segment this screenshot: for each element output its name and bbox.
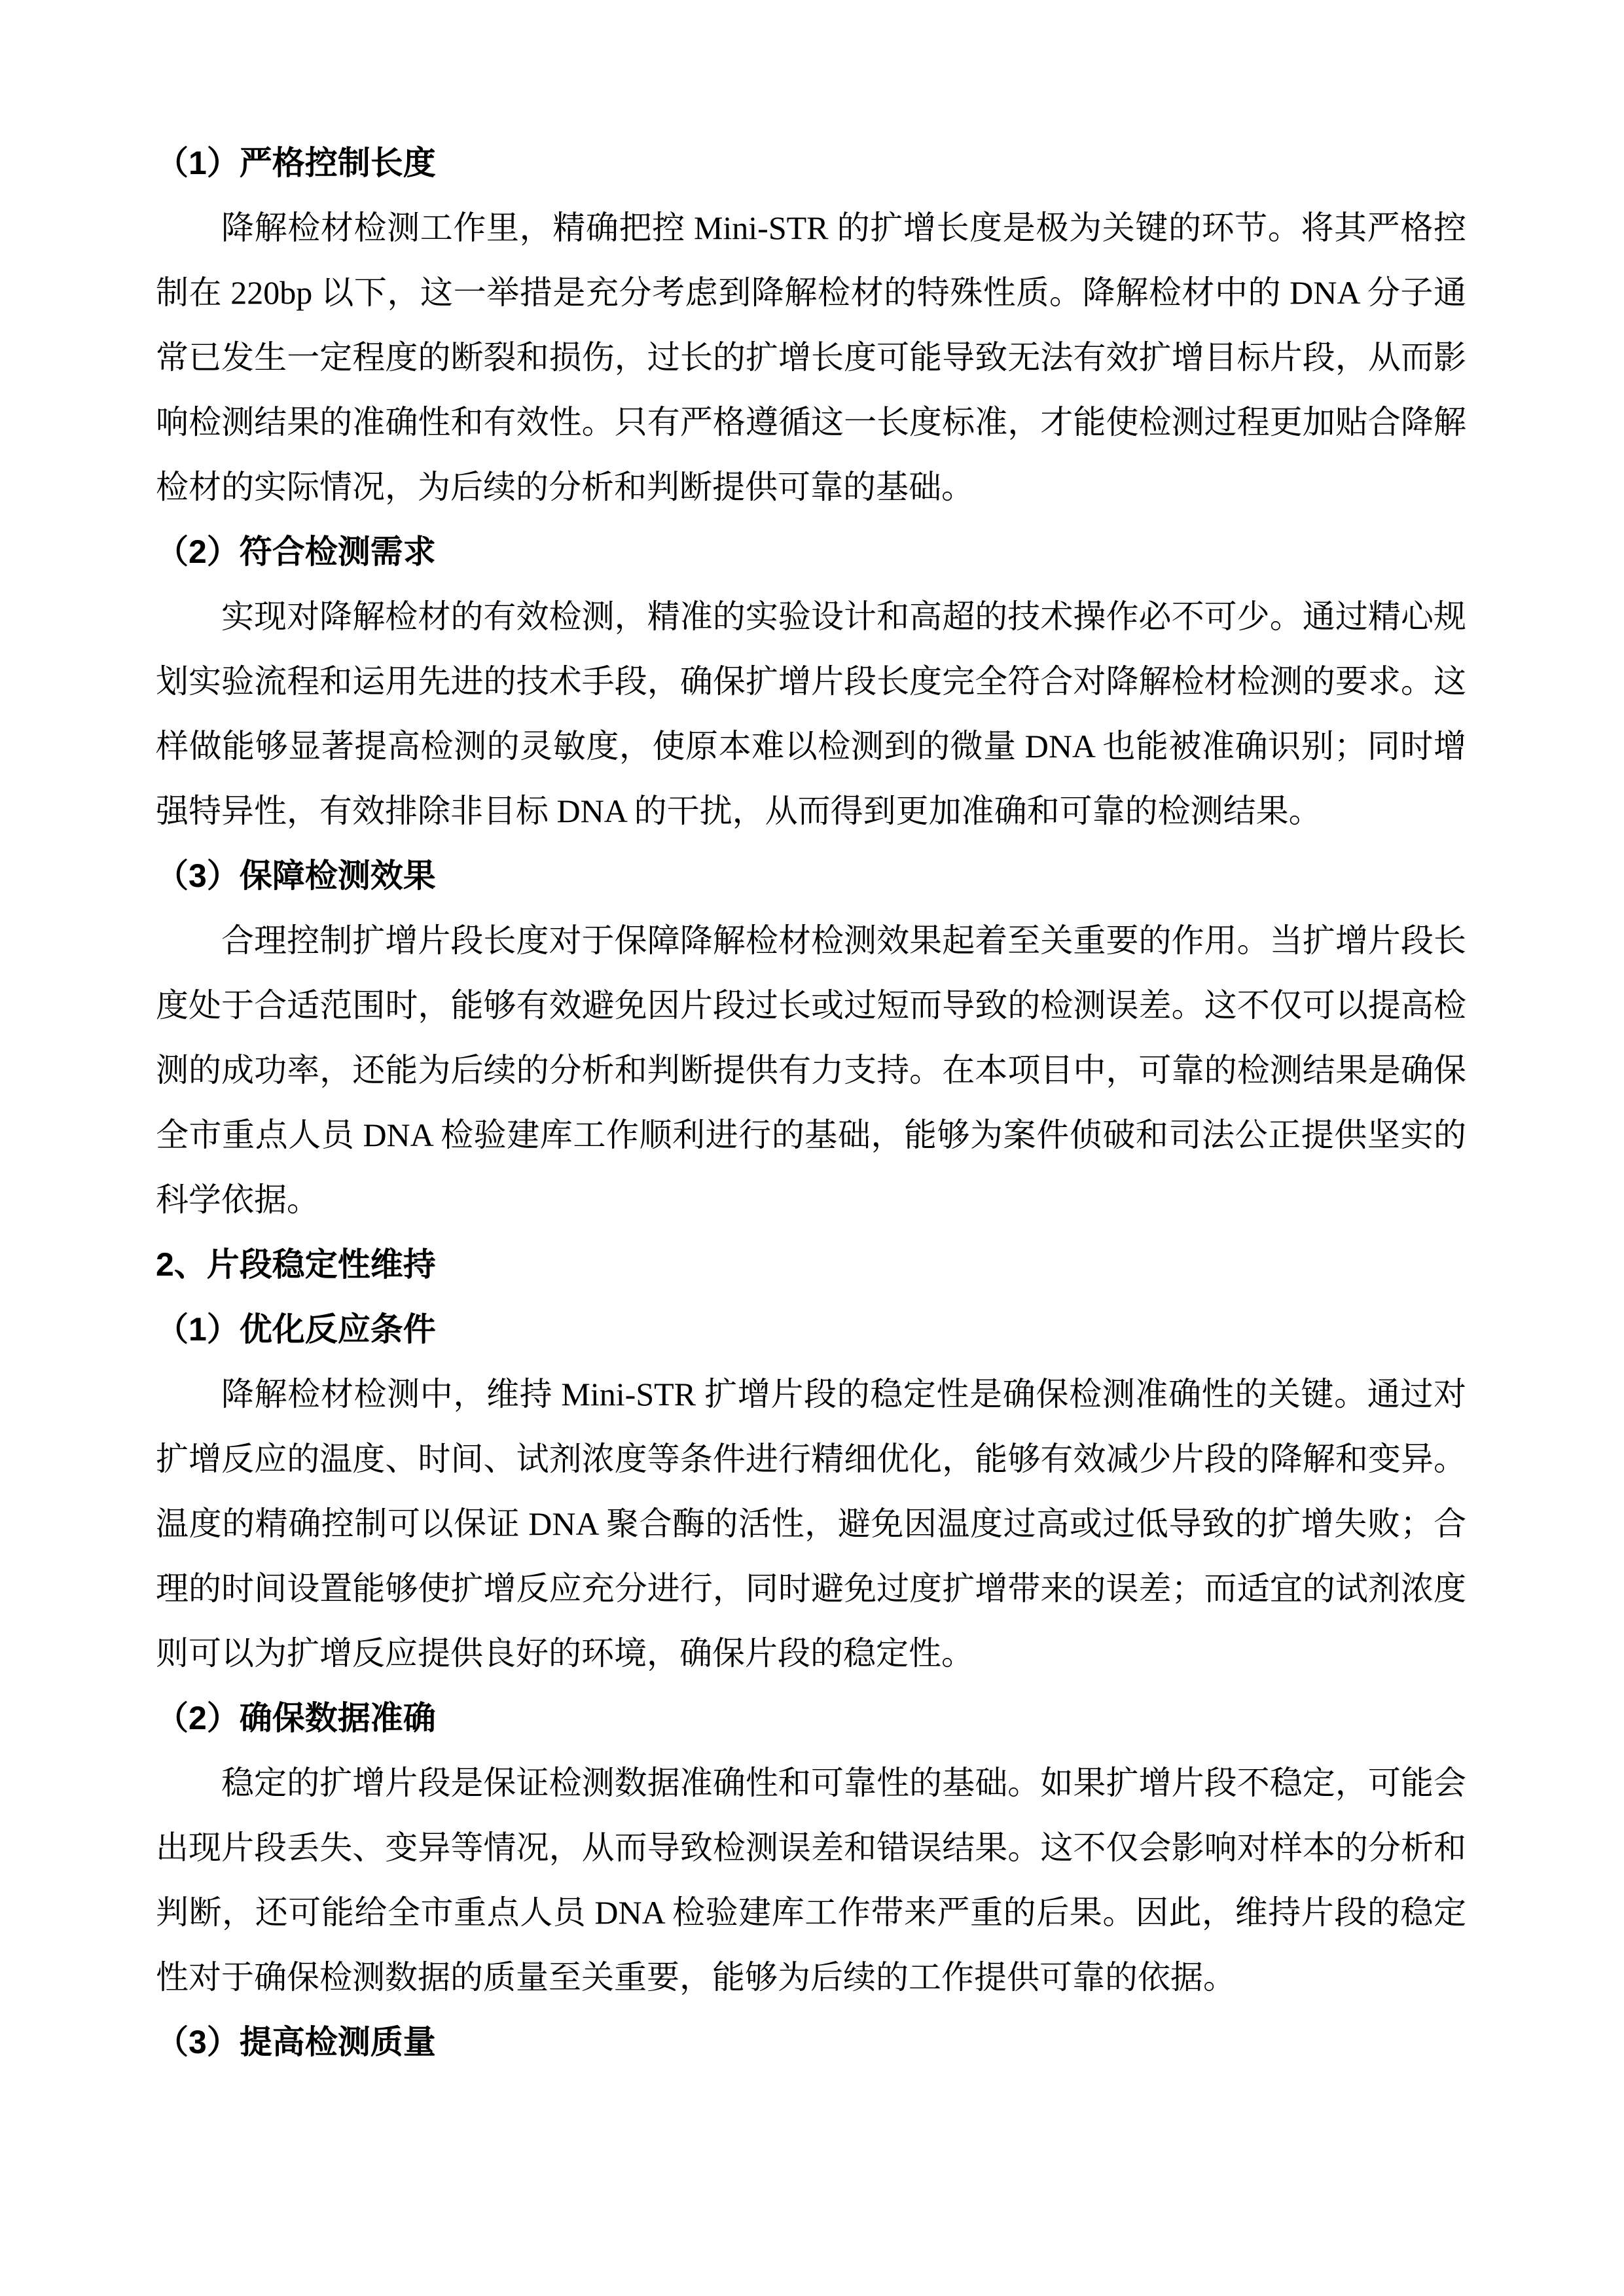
sub-heading-1-optimize-reaction-conditions: （1）优化反应条件 <box>156 1297 1466 1362</box>
numbered-heading-fragment-stability: 2、片段稳定性维持 <box>156 1232 1466 1297</box>
document-page: （1）严格控制长度 降解检材检测工作里，精确把控 Mini-STR 的扩增长度是… <box>0 0 1624 2296</box>
sub-heading-2-meet-detection-needs: （2）符合检测需求 <box>156 520 1466 584</box>
paragraph-guarantee-detection-effect: 合理控制扩增片段长度对于保障降解检材检测效果起着至关重要的作用。当扩增片段长度处… <box>156 908 1466 1232</box>
document-body: （1）严格控制长度 降解检材检测工作里，精确把控 Mini-STR 的扩增长度是… <box>156 131 1466 2075</box>
sub-heading-3-guarantee-detection-effect: （3）保障检测效果 <box>156 844 1466 908</box>
paragraph-strict-length-control: 降解检材检测工作里，精确把控 Mini-STR 的扩增长度是极为关键的环节。将其… <box>156 196 1466 520</box>
sub-heading-1-strict-length-control: （1）严格控制长度 <box>156 131 1466 196</box>
paragraph-ensure-data-accuracy: 稳定的扩增片段是保证检测数据准确性和可靠性的基础。如果扩增片段不稳定，可能会出现… <box>156 1751 1466 2010</box>
sub-heading-3-improve-detection-quality: （3）提高检测质量 <box>156 2010 1466 2075</box>
sub-heading-2-ensure-data-accuracy: （2）确保数据准确 <box>156 1686 1466 1751</box>
paragraph-meet-detection-needs: 实现对降解检材的有效检测，精准的实验设计和高超的技术操作必不可少。通过精心规划实… <box>156 584 1466 844</box>
paragraph-optimize-reaction-conditions: 降解检材检测中，维持 Mini-STR 扩增片段的稳定性是确保检测准确性的关键。… <box>156 1362 1466 1686</box>
